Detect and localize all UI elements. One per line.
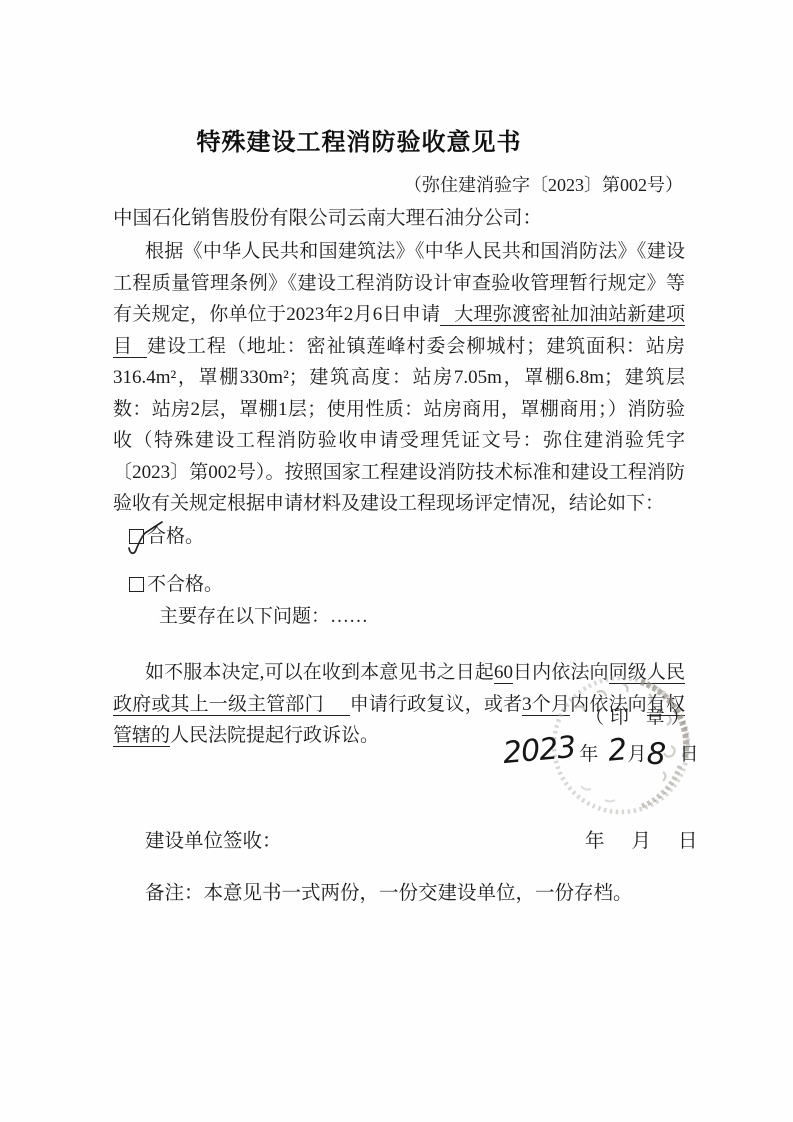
signoff-month-char: 月 xyxy=(632,831,652,852)
signoff-date-placeholders: 年月日 xyxy=(585,826,698,858)
qualified-label: 合格。 xyxy=(147,526,204,547)
year-char: 年 xyxy=(579,744,598,765)
qualified-checkbox xyxy=(129,529,144,544)
conclusion-unqualified-line: 不合格。 xyxy=(129,569,685,601)
conclusion-qualified-line: 合格。 xyxy=(129,521,685,553)
signoff-year-char: 年 xyxy=(585,831,605,852)
unqualified-checkbox xyxy=(129,577,144,592)
month-char: 月 xyxy=(627,744,646,765)
appeal-seg5: 人民法院提起行政诉讼。 xyxy=(170,725,379,746)
addressee-line: 中国石化销售股份有限公司云南大理石油分公司： xyxy=(113,203,713,235)
scanned-document-page: 特殊建设工程消防验收意见书 （弥住建消验字〔2023〕第002号） 中国石化销售… xyxy=(0,0,793,1122)
day-char: 日 xyxy=(680,744,699,765)
document-number: （弥住建消验字〔2023〕第002号） xyxy=(113,170,683,202)
signoff-day-char: 日 xyxy=(678,831,698,852)
remarks-line: 备注：本意见书一式两份，一份交建设单位，一份存档。 xyxy=(145,878,633,910)
main-paragraph: 根据《中华人民共和国建筑法》《中华人民共和国消防法》《建设工程质量管理条例》《建… xyxy=(113,236,685,520)
appeal-days-underlined: 60 xyxy=(494,662,513,684)
intro-text-after-project: 建设工程（地址：密祉镇莲峰村委会柳城村；建筑面积：站房316.4m²，罩棚330… xyxy=(113,336,685,515)
appeal-seg1: 如不服本决定,可以在收到本意见书之日起 xyxy=(145,662,494,683)
handwritten-month: 2 xyxy=(607,735,628,766)
decision-date-line: 2023年2月8日 xyxy=(503,736,733,771)
handwritten-year: 2023 xyxy=(502,733,577,769)
unqualified-label: 不合格。 xyxy=(147,574,223,595)
appeal-seg3: 申请行政复议，或者 xyxy=(350,694,522,715)
construction-unit-sign-label: 建设单位签收： xyxy=(145,826,282,858)
seal-placeholder-label: （印 章） xyxy=(585,702,696,734)
handwritten-day: 8 xyxy=(647,740,667,771)
document-title: 特殊建设工程消防验收意见书 xyxy=(113,128,683,160)
problems-label: 主要存在以下问题：…… xyxy=(159,601,685,633)
